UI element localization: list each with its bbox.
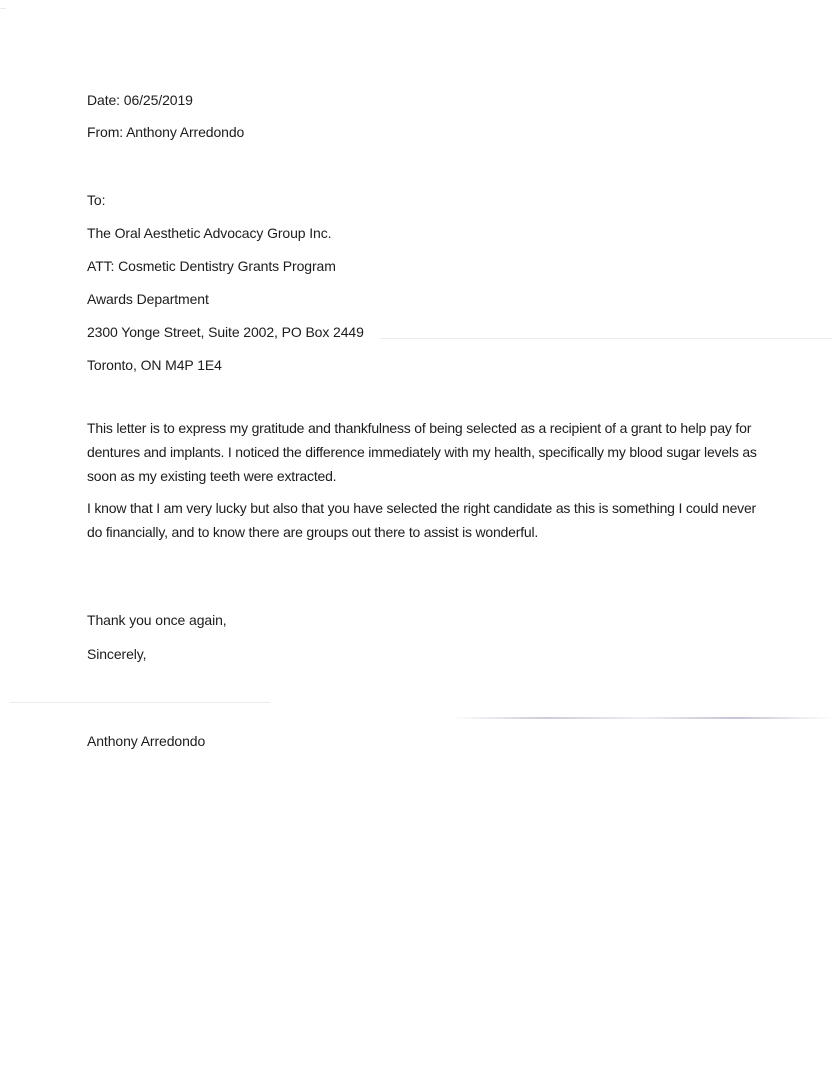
from-line: From: Anthony Arredondo bbox=[87, 124, 244, 140]
signoff-line: Sincerely, bbox=[87, 646, 146, 662]
body-paragraph-1: This letter is to express my gratitude a… bbox=[87, 416, 767, 488]
scan-artifact bbox=[10, 702, 270, 703]
recipient-city: Toronto, ON M4P 1E4 bbox=[87, 357, 222, 373]
scan-artifact-streak bbox=[450, 717, 832, 719]
scan-artifact bbox=[380, 338, 832, 339]
scanned-letter-page: Date: 06/25/2019 From: Anthony Arredondo… bbox=[0, 0, 832, 1076]
body-paragraph-2: I know that I am very lucky but also tha… bbox=[87, 496, 767, 544]
closing-line: Thank you once again, bbox=[87, 612, 227, 628]
to-label: To: bbox=[87, 192, 105, 208]
scan-artifact bbox=[0, 8, 6, 9]
recipient-attention: ATT: Cosmetic Dentistry Grants Program bbox=[87, 258, 336, 274]
date-line: Date: 06/25/2019 bbox=[87, 92, 193, 108]
recipient-street: 2300 Yonge Street, Suite 2002, PO Box 24… bbox=[87, 324, 364, 340]
signature-name: Anthony Arredondo bbox=[87, 733, 205, 749]
recipient-department: Awards Department bbox=[87, 291, 209, 307]
recipient-organization: The Oral Aesthetic Advocacy Group Inc. bbox=[87, 225, 331, 241]
